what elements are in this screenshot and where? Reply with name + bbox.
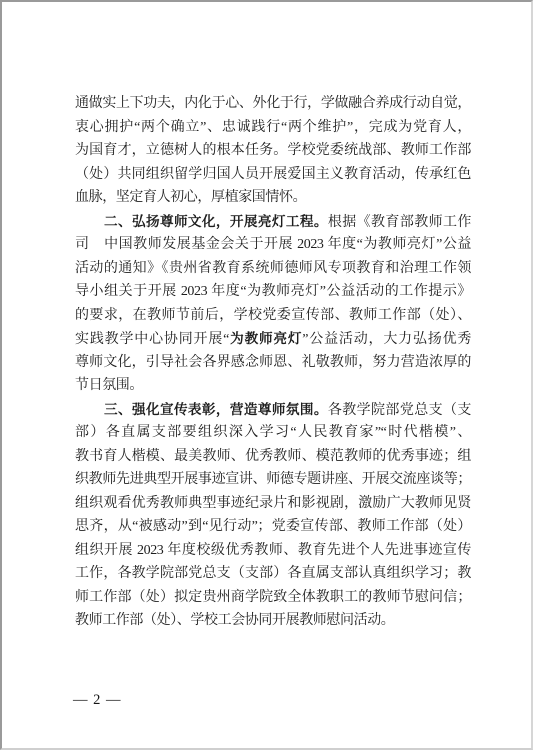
document-page: 通做实上下功夫，内化于心、外化于行，学做融合养成行动自觉，衷心拥护“两个确立”、… bbox=[0, 0, 533, 750]
text-segment: 司 中国教师发展基金会关于开展 2023 年度“为教师亮灯”公益 bbox=[75, 237, 471, 252]
text-line: 血脉，坚定育人初心，厚植家国情怀。 bbox=[75, 186, 471, 210]
text-line: 三、强化宣传表彰，营造尊师氛围。各教学院部党总支（支 bbox=[75, 398, 471, 422]
text-line: 织教师先进典型开展事迹宣讲、师德专题讲座、开展交流座谈等； bbox=[75, 468, 471, 492]
text-line: 活动的通知》《贵州省教育系统师德师风专项教育和治理工作领 bbox=[75, 257, 471, 281]
text-segment: 织教师先进典型开展事迹宣讲、师德专题讲座、开展交流座谈等； bbox=[75, 472, 471, 487]
text-segment: 尊师文化，引导社会各界感念师恩、礼敬教师，努力营造浓厚的 bbox=[75, 355, 471, 370]
text-line: 司 中国教师发展基金会关于开展 2023 年度“为教师亮灯”公益 bbox=[75, 233, 471, 257]
text-segment: 思齐，从“被感动”到“见行动”；党委宣传部、教师工作部（处） bbox=[75, 519, 471, 534]
text-segment: 节日氛围。 bbox=[75, 378, 143, 393]
text-segment: 根据《教育部教师工作 bbox=[328, 215, 471, 230]
text-line: 教书育人楷模、最美教师、优秀教师、模范教师的优秀事迹；组 bbox=[75, 445, 471, 469]
text-segment: 组织开展 2023 年度校级优秀教师、教育先进个人先进事迹宣传 bbox=[75, 543, 471, 558]
bold-text-segment: 三、强化宣传表彰，营造尊师氛围。 bbox=[104, 402, 328, 417]
bold-text-segment: 二、弘扬尊师文化，开展亮灯工程。 bbox=[104, 214, 328, 229]
text-segment: 教师工作部（处）、学校工会协同开展教师慰问活动。 bbox=[75, 613, 394, 628]
text-line: 导小组关于开展 2023 年度“为教师亮灯”公益活动的工作提示》 bbox=[75, 280, 471, 304]
text-segment: 活动的通知》《贵州省教育系统师德师风专项教育和治理工作领 bbox=[75, 261, 471, 276]
text-line: 工作，各教学院部党总支（支部）各直属支部认真组织学习；教 bbox=[75, 562, 471, 586]
text-segment: 衷心拥护“两个确立”、忠诚践行“两个维护”，完成为党育人， bbox=[75, 120, 471, 135]
text-line: 衷心拥护“两个确立”、忠诚践行“两个维护”，完成为党育人， bbox=[75, 116, 471, 140]
text-line: 组织开展 2023 年度校级优秀教师、教育先进个人先进事迹宣传 bbox=[75, 539, 471, 563]
text-line: 的要求，在教师节前后，学校党委宣传部、教师工作部（处）、 bbox=[75, 304, 471, 328]
text-segment: 血脉，坚定育人初心，厚植家国情怀。 bbox=[75, 190, 306, 205]
text-line: 部）各直属支部要组织深入学习“人民教育家”“时代楷模”、 bbox=[75, 421, 471, 445]
text-line: 教师工作部（处）、学校工会协同开展教师慰问活动。 bbox=[75, 609, 471, 633]
text-segment: 通做实上下功夫，内化于心、外化于行，学做融合养成行动自觉， bbox=[75, 96, 471, 111]
page-number: — 2 — bbox=[73, 692, 122, 709]
text-segment: 部）各直属支部要组织深入学习“人民教育家”“时代楷模”、 bbox=[75, 425, 471, 440]
text-line: 节日氛围。 bbox=[75, 374, 471, 398]
text-segment: （处）共同组织留学归国人员开展爱国主义教育活动，传承红色 bbox=[75, 167, 471, 182]
text-segment: 各教学院部党总支（支 bbox=[328, 403, 471, 418]
text-line: （处）共同组织留学归国人员开展爱国主义教育活动，传承红色 bbox=[75, 163, 471, 187]
text-segment: 导小组关于开展 2023 年度“为教师亮灯”公益活动的工作提示》 bbox=[75, 284, 471, 299]
text-segment: 实践教学中心协同开展“ bbox=[75, 332, 229, 347]
text-segment: 教书育人楷模、最美教师、优秀教师、模范教师的优秀事迹；组 bbox=[75, 449, 471, 464]
text-segment: 工作，各教学院部党总支（支部）各直属支部认真组织学习；教 bbox=[75, 566, 471, 581]
text-line: 思齐，从“被感动”到“见行动”；党委宣传部、教师工作部（处） bbox=[75, 515, 471, 539]
text-segment: 组织观看优秀教师典型事迹纪录片和影视剧，激励广大教师见贤 bbox=[75, 496, 471, 511]
text-line: 师工作部（处）拟定贵州商学院致全体教职工的教师节慰问信； bbox=[75, 586, 471, 610]
text-line: 为国育才，立德树人的根本任务。学校党委统战部、教师工作部 bbox=[75, 139, 471, 163]
document-body: 通做实上下功夫，内化于心、外化于行，学做融合养成行动自觉，衷心拥护“两个确立”、… bbox=[75, 92, 471, 633]
text-line: 通做实上下功夫，内化于心、外化于行，学做融合养成行动自觉， bbox=[75, 92, 471, 116]
text-line: 组织观看优秀教师典型事迹纪录片和影视剧，激励广大教师见贤 bbox=[75, 492, 471, 516]
bold-text-segment: 为教师亮灯 bbox=[229, 331, 302, 346]
text-segment: 为国育才，立德树人的根本任务。学校党委统战部、教师工作部 bbox=[75, 143, 471, 158]
text-segment: ”公益活动，大力弘扬优秀 bbox=[302, 332, 471, 347]
text-line: 二、弘扬尊师文化，开展亮灯工程。根据《教育部教师工作 bbox=[75, 210, 471, 234]
text-segment: 师工作部（处）拟定贵州商学院致全体教职工的教师节慰问信； bbox=[75, 590, 471, 605]
text-line: 尊师文化，引导社会各界感念师恩、礼敬教师，努力营造浓厚的 bbox=[75, 351, 471, 375]
text-segment: 的要求，在教师节前后，学校党委宣传部、教师工作部（处）、 bbox=[75, 308, 471, 323]
text-line: 实践教学中心协同开展“为教师亮灯”公益活动，大力弘扬优秀 bbox=[75, 327, 471, 351]
